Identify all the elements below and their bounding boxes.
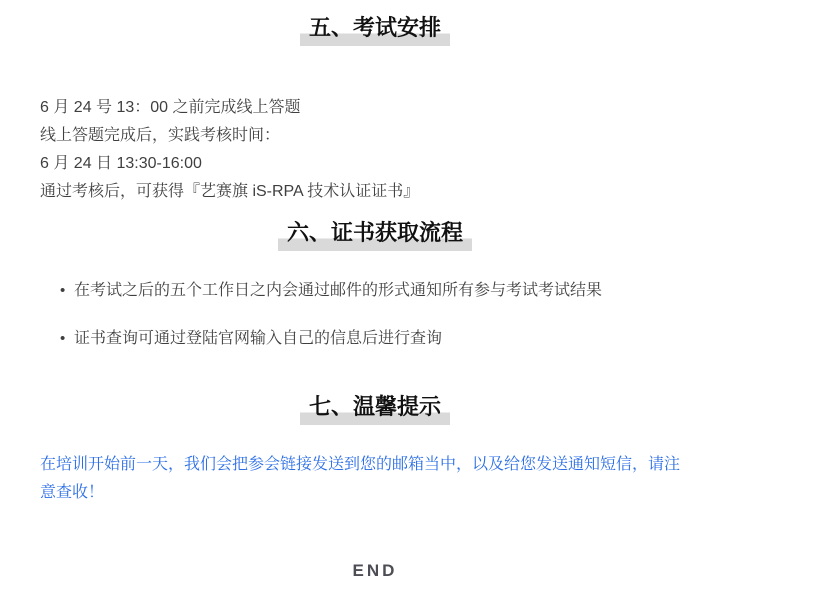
certificate-bullet-item: 证书查询可通过登陆官网输入自己的信息后进行查询 [60,327,710,351]
section-heading-certificate-process-text: 六、证书获取流程 [278,218,472,251]
certificate-bullet-list: 在考试之后的五个工作日之内会通过邮件的形式通知所有参与考试考试结果 证书查询可通… [40,279,710,351]
exam-schedule-line: 6 月 24 日 13:30-16:00 [40,150,710,178]
section-heading-warm-tips-text: 七、温馨提示 [300,392,450,425]
section-heading-warm-tips: 七、温馨提示 [40,392,710,425]
exam-schedule-line: 6 月 24 号 13：00 之前完成线上答题 [40,94,710,122]
notice-line: 在培训开始前一天，我们会把参会链接发送到您的邮箱当中，以及给您发送通知短信，请注 [40,451,710,479]
section-heading-exam-arrangement: 五、考试安排 [40,13,710,46]
notice-paragraph: 在培训开始前一天，我们会把参会链接发送到您的邮箱当中，以及给您发送通知短信，请注… [40,451,710,507]
exam-schedule-line: 通过考核后，可获得『艺赛旗 iS-RPA 技术认证证书』 [40,178,710,206]
exam-schedule-block: 6 月 24 号 13：00 之前完成线上答题 线上答题完成后，实践考核时间： … [40,94,710,206]
section-heading-certificate-process: 六、证书获取流程 [40,218,710,251]
certificate-bullet-item: 在考试之后的五个工作日之内会通过邮件的形式通知所有参与考试考试结果 [60,279,710,303]
exam-schedule-line: 线上答题完成后，实践考核时间： [40,122,710,150]
end-label: END [40,561,710,581]
section-heading-exam-arrangement-text: 五、考试安排 [300,13,450,46]
document-page: 五、考试安排 6 月 24 号 13：00 之前完成线上答题 线上答题完成后，实… [0,0,839,603]
notice-line: 意查收！ [40,479,710,507]
